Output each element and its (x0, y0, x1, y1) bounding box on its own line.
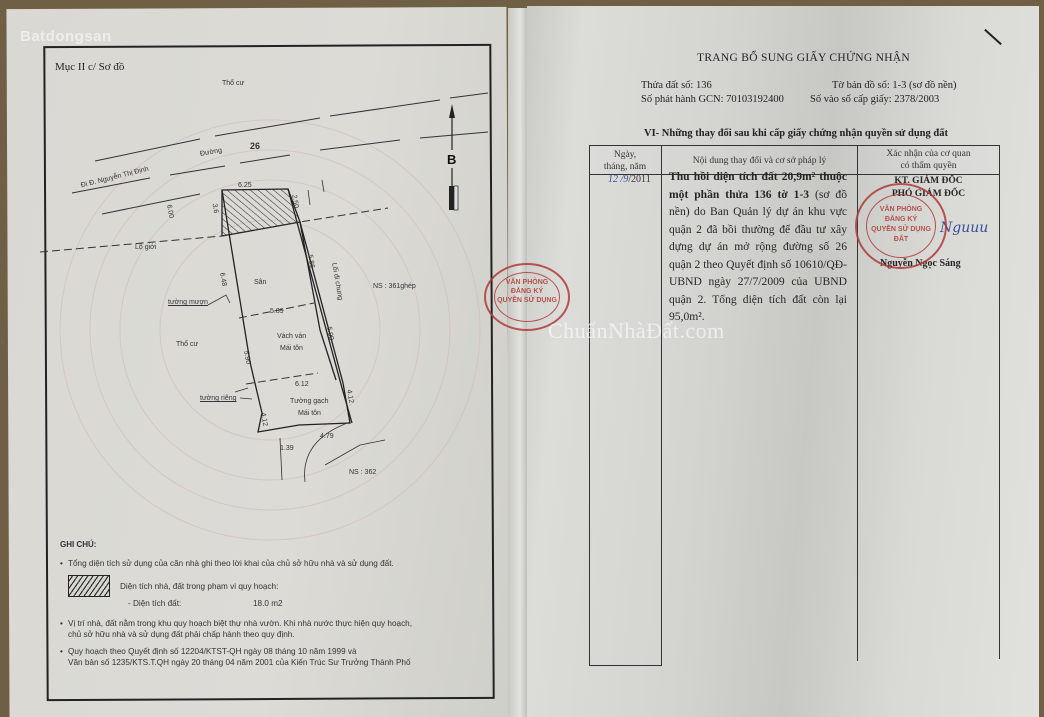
label-vach-van: Vách ván (277, 333, 306, 340)
chuannhadat-watermark: ChuẩnNhàĐất.com (548, 318, 725, 344)
table-col-divider (661, 145, 662, 665)
right-page-supplement: TRANG BỔ SUNG GIẤY CHỨNG NHẬN Thửa đất s… (527, 6, 1039, 717)
dim-rear-width: 6.12 (295, 381, 309, 388)
section-heading: VI- Những thay đổi sau khi cấp giấy chứn… (644, 128, 948, 139)
note-item: •Quy hoạch theo Quyết định số 12204/KTST… (60, 646, 490, 657)
label-tuong-muon: tường mượn (168, 299, 208, 306)
area-label: - Diện tích đất: (128, 599, 253, 608)
change-content: Thu hồi diện tích đất 20,9m² thuộc một p… (669, 168, 847, 326)
note-item: •Vị trí nhà, đất nằm trong khu quy hoạch… (60, 618, 490, 629)
label-ns-361: NS : 361ghép (373, 283, 416, 290)
hatch-legend-swatch (68, 575, 110, 597)
document-title: TRANG BỔ SUNG GIẤY CHỨNG NHẬN (697, 52, 910, 64)
dim-top-width: 6.25 (238, 182, 252, 189)
table-border-right (999, 145, 1000, 659)
gcn-number: Số phát hành GCN: 70103192400 (641, 94, 784, 105)
parcel-number: Thửa đất số: 136 (641, 80, 712, 91)
legend-label: Diện tích nhà, đất trong phạm vi quy hoạ… (120, 581, 278, 592)
label-mai-ton-2: Mái tôn (298, 410, 321, 417)
notes-section: GHI CHÚ: •Tổng diện tích sử dụng của căn… (60, 540, 490, 668)
area-row: - Diện tích đất: 18.0 m2 (128, 599, 490, 608)
header-confirmation: Xác nhận của cơ quan có thẩm quyền (858, 148, 999, 172)
label-tuong-gach: Tường gạch (290, 398, 328, 405)
note-item-cont: chủ sở hữu nhà và sử dụng đất phải chấp … (60, 629, 490, 640)
label-lo-gioi: Lộ giới (135, 244, 156, 251)
dim-left-front: 3.6 (211, 203, 220, 214)
note-item: •Tổng diện tích sử dụng của căn nhà ghi … (60, 558, 490, 569)
north-marker-label: B (447, 152, 456, 167)
header-date: Ngày, tháng, năm (589, 149, 661, 173)
label-mai-ton-1: Mái tôn (280, 345, 303, 352)
label-tuong-rieng: tường riêng (200, 395, 237, 402)
dim-mid-width: 5.89 (270, 308, 284, 315)
signature: Nguuu (940, 220, 988, 236)
label-tho-cu-left: Thổ cư (176, 341, 198, 348)
official-stamp-right: VĂN PHÒNG ĐĂNG KÝ QUYỀN SỬ DỤNG ĐẤT (855, 183, 947, 269)
note-item-cont: Văn bản số 1235/KTS.T.QH ngày 20 tháng 0… (60, 657, 490, 668)
dim-rear-2: 4.79 (320, 433, 334, 440)
label-san: Sân (254, 279, 266, 286)
table-border-top (589, 145, 999, 146)
change-date: 12 /9/2011 (608, 174, 651, 185)
map-sheet-number: Tờ bản đồ số: 1-3 (sơ đồ nền) (832, 80, 957, 91)
confirm-title-1: KT. GIÁM ĐỐC (858, 175, 999, 188)
table-date-bottom (589, 665, 662, 666)
book-spine (508, 8, 528, 717)
label-tho-cu-top: Thổ cư (222, 80, 244, 87)
dim-rear-1: 1.39 (280, 445, 294, 452)
label-ns-362: NS : 362 (349, 469, 376, 476)
table-border-left (589, 145, 590, 665)
area-value: 18.0 m2 (253, 599, 283, 608)
label-road-number: 26 (250, 141, 260, 151)
notes-heading: GHI CHÚ: (60, 540, 490, 549)
register-number: Số vào sổ cấp giấy: 2378/2003 (810, 94, 939, 105)
header-content: Nội dung thay đổi và cơ sở pháp lý (662, 155, 857, 167)
legend-row: Diện tích nhà, đất trong phạm vi quy hoạ… (60, 575, 490, 597)
